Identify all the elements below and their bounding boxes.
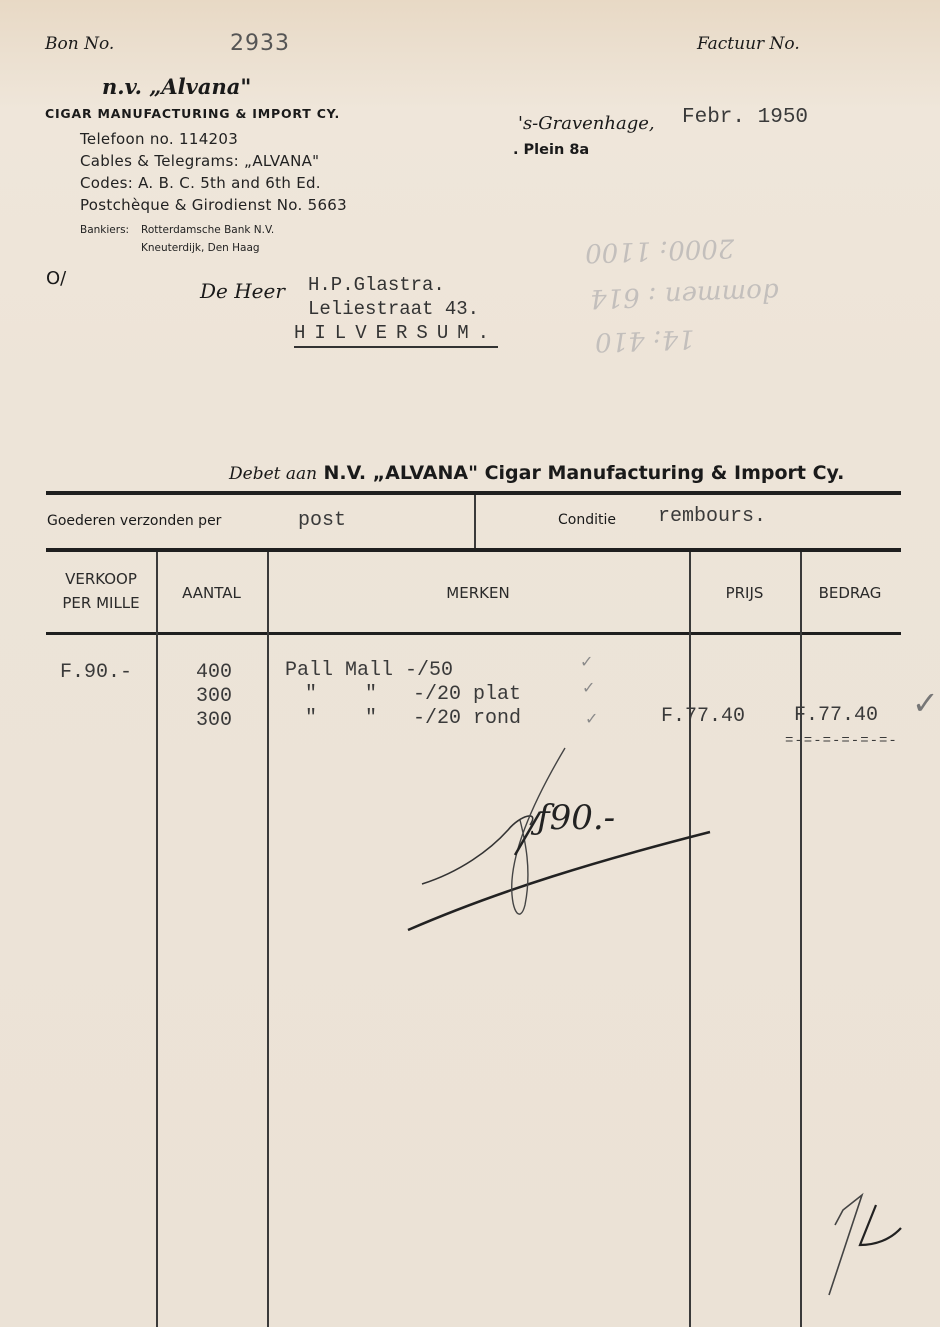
handwritten-amount-text: ƒ90.- xyxy=(537,798,615,838)
handwriting-strokes-icon xyxy=(0,0,940,1327)
handwritten-amount: ƒ90.- xyxy=(555,798,615,838)
